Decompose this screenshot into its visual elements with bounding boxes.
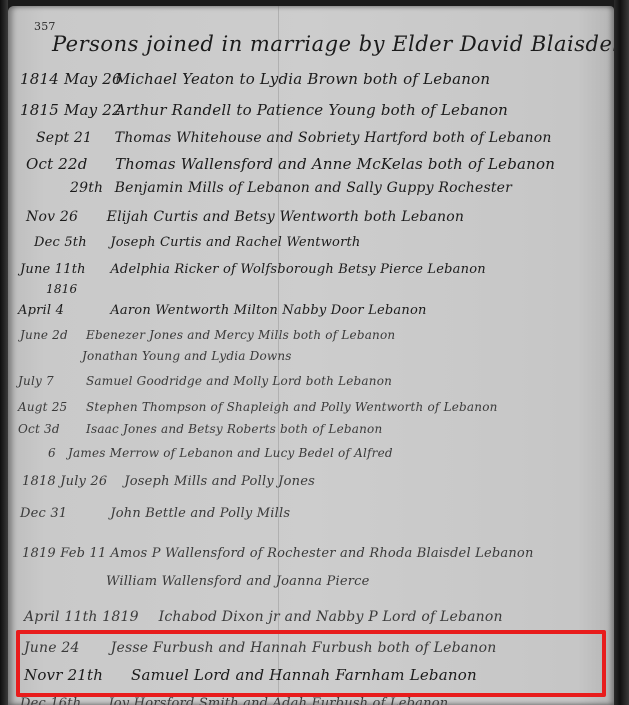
entry-date: April 4 [18, 303, 106, 318]
entry-text: James Merrow of Lebanon and Lucy Bedel o… [68, 446, 393, 460]
entry-row: Nov 26 Elijah Curtis and Betsy Wentworth… [26, 209, 464, 225]
entry-date: 1819 Feb 11 [22, 546, 106, 561]
entry-text: Stephen Thompson of Shapleigh and Polly … [86, 400, 498, 414]
ledger-page: 357 Persons joined in marriage by Elder … [8, 6, 614, 705]
entry-text: Aaron Wentworth Milton Nabby Door Lebano… [110, 303, 426, 318]
page-title: Persons joined in marriage by Elder Davi… [52, 32, 614, 56]
entry-row: 1818 July 26 Joseph Mills and Polly Jone… [22, 474, 315, 489]
entry-date: Dec 31 [20, 506, 106, 521]
entry-date: 1814 May 26 [20, 70, 110, 88]
entry-text: Samuel Lord and Hannah Farnham Lebanon [131, 666, 477, 684]
entry-text: Ebenezer Jones and Mercy Mills both of L… [86, 328, 395, 342]
entry-row: June 2d Ebenezer Jones and Mercy Mills b… [20, 328, 395, 342]
entry-row: Augt 25 Stephen Thompson of Shapleigh an… [18, 400, 498, 414]
entry-text: Adelphia Ricker of Wolfsborough Betsy Pi… [110, 262, 485, 277]
entry-text: Elijah Curtis and Betsy Wentworth both L… [107, 209, 464, 225]
entry-date: June 24 [24, 640, 106, 656]
entry-row: 1819 Feb 11 Amos P Wallensford of Roches… [22, 546, 534, 561]
entry-text: Thomas Whitehouse and Sobriety Hartford … [115, 130, 552, 146]
entry-row: 1815 May 22 Arthur Randell to Patience Y… [20, 101, 508, 119]
entry-row: Dec 31 John Bettle and Polly Mills [20, 506, 290, 521]
entry-row: 1814 May 26 Michael Yeaton to Lydia Brow… [20, 70, 490, 88]
entry-date: Sept 21 [36, 130, 110, 146]
entry-row: William Wallensford and Joanna Pierce [106, 574, 370, 589]
entry-date: Nov 26 [26, 209, 102, 225]
book-spine-right [614, 0, 629, 705]
entry-text: Amos P Wallensford of Rochester and Rhod… [110, 546, 533, 561]
entry-row: 29th Benjamin Mills of Lebanon and Sally… [70, 180, 512, 196]
entry-text: Ichabod Dixon jr and Nabby P Lord of Leb… [159, 609, 503, 625]
entry-date: Oct 22d [26, 155, 110, 173]
entry-text: Michael Yeaton to Lydia Brown both of Le… [115, 70, 490, 88]
entry-row: June 11th Adelphia Ricker of Wolfsboroug… [20, 262, 486, 277]
entry-text: Jonathan Young and Lydia Downs [82, 349, 292, 363]
entry-date: Dec 16th [20, 696, 104, 705]
book-spine-left [0, 0, 8, 705]
entry-text: Joseph Curtis and Rachel Wentworth [110, 235, 360, 250]
entry-date: Oct 3d [18, 422, 82, 436]
entry-row: 6 James Merrow of Lebanon and Lucy Bedel… [48, 446, 393, 460]
entry-text: Jesse Furbush and Hannah Furbush both of… [111, 640, 497, 656]
entry-text: John Bettle and Polly Mills [110, 506, 290, 521]
entry-date: Novr 21th [24, 666, 126, 684]
entry-row: Oct 22d Thomas Wallensford and Anne McKe… [26, 155, 555, 173]
entry-row: April 11th 1819 Ichabod Dixon jr and Nab… [24, 609, 503, 625]
entry-date: June 11th [20, 262, 106, 277]
document-frame: 357 Persons joined in marriage by Elder … [0, 0, 629, 705]
entry-date: July 7 [18, 374, 82, 388]
entry-row: Oct 3d Isaac Jones and Betsy Roberts bot… [18, 422, 382, 436]
entry-date: Augt 25 [18, 400, 82, 414]
entry-year: 1816 [46, 282, 77, 296]
entry-row: Dec 5th Joseph Curtis and Rachel Wentwor… [34, 235, 361, 250]
entry-row-highlighted: Novr 21th Samuel Lord and Hannah Farnham… [24, 666, 477, 684]
entry-text: Arthur Randell to Patience Young both of… [115, 101, 508, 119]
entry-row: Jonathan Young and Lydia Downs [82, 349, 292, 363]
entry-row: 1816 [46, 282, 77, 296]
entry-date: Dec 5th [34, 235, 106, 250]
entry-text: Benjamin Mills of Lebanon and Sally Gupp… [115, 180, 512, 196]
entry-row: Sept 21 Thomas Whitehouse and Sobriety H… [36, 130, 552, 146]
entry-date: June 2d [20, 328, 82, 342]
entry-row-highlighted: June 24 Jesse Furbush and Hannah Furbush… [24, 640, 496, 656]
entry-text: Joy Horsford Smith and Adah Furbush of L… [108, 696, 448, 705]
entry-date: 1815 May 22 [20, 101, 110, 119]
entry-date: 29th [70, 180, 110, 196]
entry-text: Samuel Goodridge and Molly Lord both Leb… [86, 374, 392, 388]
entry-row: July 7 Samuel Goodridge and Molly Lord b… [18, 374, 392, 388]
entry-text: Joseph Mills and Polly Jones [124, 474, 315, 489]
entry-text: Isaac Jones and Betsy Roberts both of Le… [86, 422, 382, 436]
entry-text: Thomas Wallensford and Anne McKelas both… [115, 155, 555, 173]
entry-date: April 11th 1819 [24, 609, 154, 625]
entry-row: April 4 Aaron Wentworth Milton Nabby Doo… [18, 303, 427, 318]
entry-text: William Wallensford and Joanna Pierce [106, 574, 370, 589]
entry-row-partial: Dec 16th Joy Horsford Smith and Adah Fur… [20, 696, 448, 705]
entry-date: 1818 July 26 [22, 474, 120, 489]
entry-date: 6 [48, 446, 64, 460]
